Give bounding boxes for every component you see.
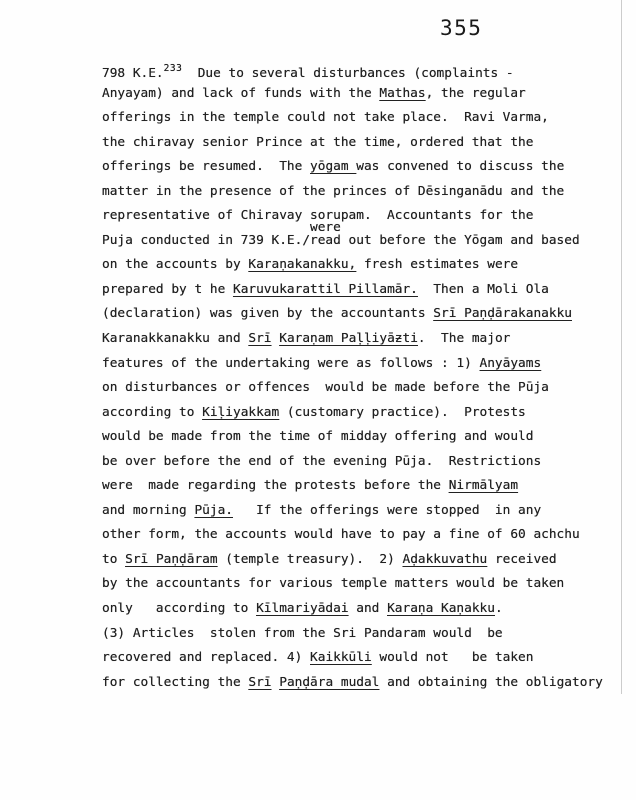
text-line: on disturbances or offences would be mad… — [102, 376, 603, 401]
text-line: offerings in the temple could not take p… — [102, 106, 603, 131]
page-number: 355 — [440, 16, 482, 40]
text-line: according to Kiḷiyakkam (customary pract… — [102, 401, 603, 426]
text-run: offerings be resumed. The — [102, 159, 310, 174]
text-run: 798 K.E. — [102, 66, 164, 81]
text-run: offerings in the temple could not take p… — [102, 110, 549, 125]
underlined-term: Karaṇakanakku, — [248, 257, 356, 272]
text-line: were made regarding the protests before … — [102, 474, 603, 499]
text-run: the chiravay senior Prince at the time, … — [102, 135, 533, 150]
text-run: recovered and replaced. 4) — [102, 650, 310, 665]
underlined-term: Paṇḍāra mudal — [279, 675, 379, 690]
text-run: and — [349, 601, 388, 616]
text-run: Then a Moli Ola — [418, 282, 549, 297]
text-run: would be made from the time of midday of… — [102, 429, 533, 444]
text-line: would be made from the time of midday of… — [102, 425, 603, 450]
text-line: 798 K.E.233 Due to several disturbances … — [102, 57, 603, 82]
underlined-term: Kaikkūli — [310, 650, 372, 665]
underlined-term: Anyāyams — [480, 356, 542, 371]
text-line: on the accounts by Karaṇakanakku, fresh … — [102, 253, 603, 278]
text-line: representative of Chiravay sorupam. Acco… — [102, 204, 603, 229]
underlined-term: yōgam — [310, 159, 356, 174]
text-line: other form, the accounts would have to p… — [102, 523, 603, 548]
text-run: according to — [102, 405, 202, 420]
text-line: for collecting the Srī Paṇḍāra mudal and… — [102, 671, 603, 696]
text-line: and morning Pūja. If the offerings were … — [102, 499, 603, 524]
underlined-term: Karaṇa Kaṇakku — [387, 601, 495, 616]
text-line: be over before the end of the evening Pū… — [102, 450, 603, 475]
scanned-document-page: 355 798 K.E.233 Due to several disturban… — [0, 0, 636, 800]
text-run: other form, the accounts would have to p… — [102, 527, 580, 542]
text-line: features of the undertaking were as foll… — [102, 352, 603, 377]
text-run: (3) Articles stolen from the Sri Pandara… — [102, 626, 503, 641]
underlined-term: Pūja. — [194, 503, 233, 518]
text-line: prepared by t he Karuvukarattil Pillamār… — [102, 278, 603, 303]
text-run: to — [102, 552, 125, 567]
underlined-term: Karuvukarattil Pillamār. — [233, 282, 418, 297]
text-run: If the offerings were stopped in any — [233, 503, 541, 518]
text-line: (declaration) was given by the accountan… — [102, 302, 603, 327]
text-line: by the accountants for various temple ma… — [102, 572, 603, 597]
underlined-term: Kiḷiyakkam — [202, 405, 279, 420]
underlined-term: Srī Paṇḍārakanakku — [433, 306, 572, 321]
scan-artifact-line — [621, 0, 622, 694]
text-line: only according to Kīlmariyādai and Karaṇ… — [102, 597, 603, 622]
text-line: (3) Articles stolen from the Sri Pandara… — [102, 622, 603, 647]
underlined-term: Karaṇam Paḷḷiyāƶti — [279, 331, 418, 346]
text-run: and obtaining the obligatory — [379, 675, 602, 690]
text-run: , the regular — [426, 86, 526, 101]
text-run: features of the undertaking were as foll… — [102, 356, 480, 371]
text-run: received — [487, 552, 556, 567]
footnote-reference: 233 — [164, 63, 183, 74]
text-run: on disturbances or offences would be mad… — [102, 380, 549, 395]
underlined-term: Nirmālyam — [449, 478, 518, 493]
text-run: be over before the end of the evening Pū… — [102, 454, 541, 469]
text-run: were made regarding the protests before … — [102, 478, 449, 493]
text-run: Anyayam) and lack of funds with the — [102, 86, 379, 101]
text-line: matter in the presence of the princes of… — [102, 180, 603, 205]
text-run: Karanakkanakku and — [102, 331, 248, 346]
text-run: (temple treasury). 2) — [218, 552, 403, 567]
text-run: matter in the presence of the princes of… — [102, 184, 564, 199]
underlined-term: Mathas — [379, 86, 425, 101]
underlined-term: Srī — [248, 331, 271, 346]
interline-insertion: were — [310, 216, 341, 241]
text-block: 798 K.E.233 Due to several disturbances … — [102, 57, 603, 695]
underlined-term: Srī — [248, 675, 271, 690]
underlined-term: Kīlmariyādai — [256, 601, 348, 616]
text-line: Karanakkanakku and Srī Karaṇam Paḷḷiyāƶt… — [102, 327, 603, 352]
text-run: would not be taken — [372, 650, 534, 665]
text-run: prepared by t he — [102, 282, 233, 297]
text-run: (customary practice). Protests — [279, 405, 526, 420]
text-line: offerings be resumed. The yōgam was conv… — [102, 155, 603, 180]
underlined-term: Aḍakkuvathu — [402, 552, 487, 567]
text-run: on the accounts by — [102, 257, 248, 272]
text-line: recovered and replaced. 4) Kaikkūli woul… — [102, 646, 603, 671]
text-run: fresh estimates were — [356, 257, 518, 272]
text-run: . — [495, 601, 503, 616]
text-run: was convened to discuss the — [356, 159, 564, 174]
text-run: only according to — [102, 601, 256, 616]
underlined-term: Srī Paṇḍāram — [125, 552, 217, 567]
text-run: by the accountants for various temple ma… — [102, 576, 564, 591]
text-line: the chiravay senior Prince at the time, … — [102, 131, 603, 156]
text-line: to Srī Paṇḍāram (temple treasury). 2) Aḍ… — [102, 548, 603, 573]
text-run: . The major — [418, 331, 510, 346]
text-line: Anyayam) and lack of funds with the Math… — [102, 82, 603, 107]
text-run: for collecting the — [102, 675, 248, 690]
text-run: (declaration) was given by the accountan… — [102, 306, 433, 321]
text-line: Puja conducted in 739 K.E./read out befo… — [102, 229, 603, 254]
text-run: and morning — [102, 503, 194, 518]
text-run: Due to several disturbances (complaints … — [182, 66, 513, 81]
